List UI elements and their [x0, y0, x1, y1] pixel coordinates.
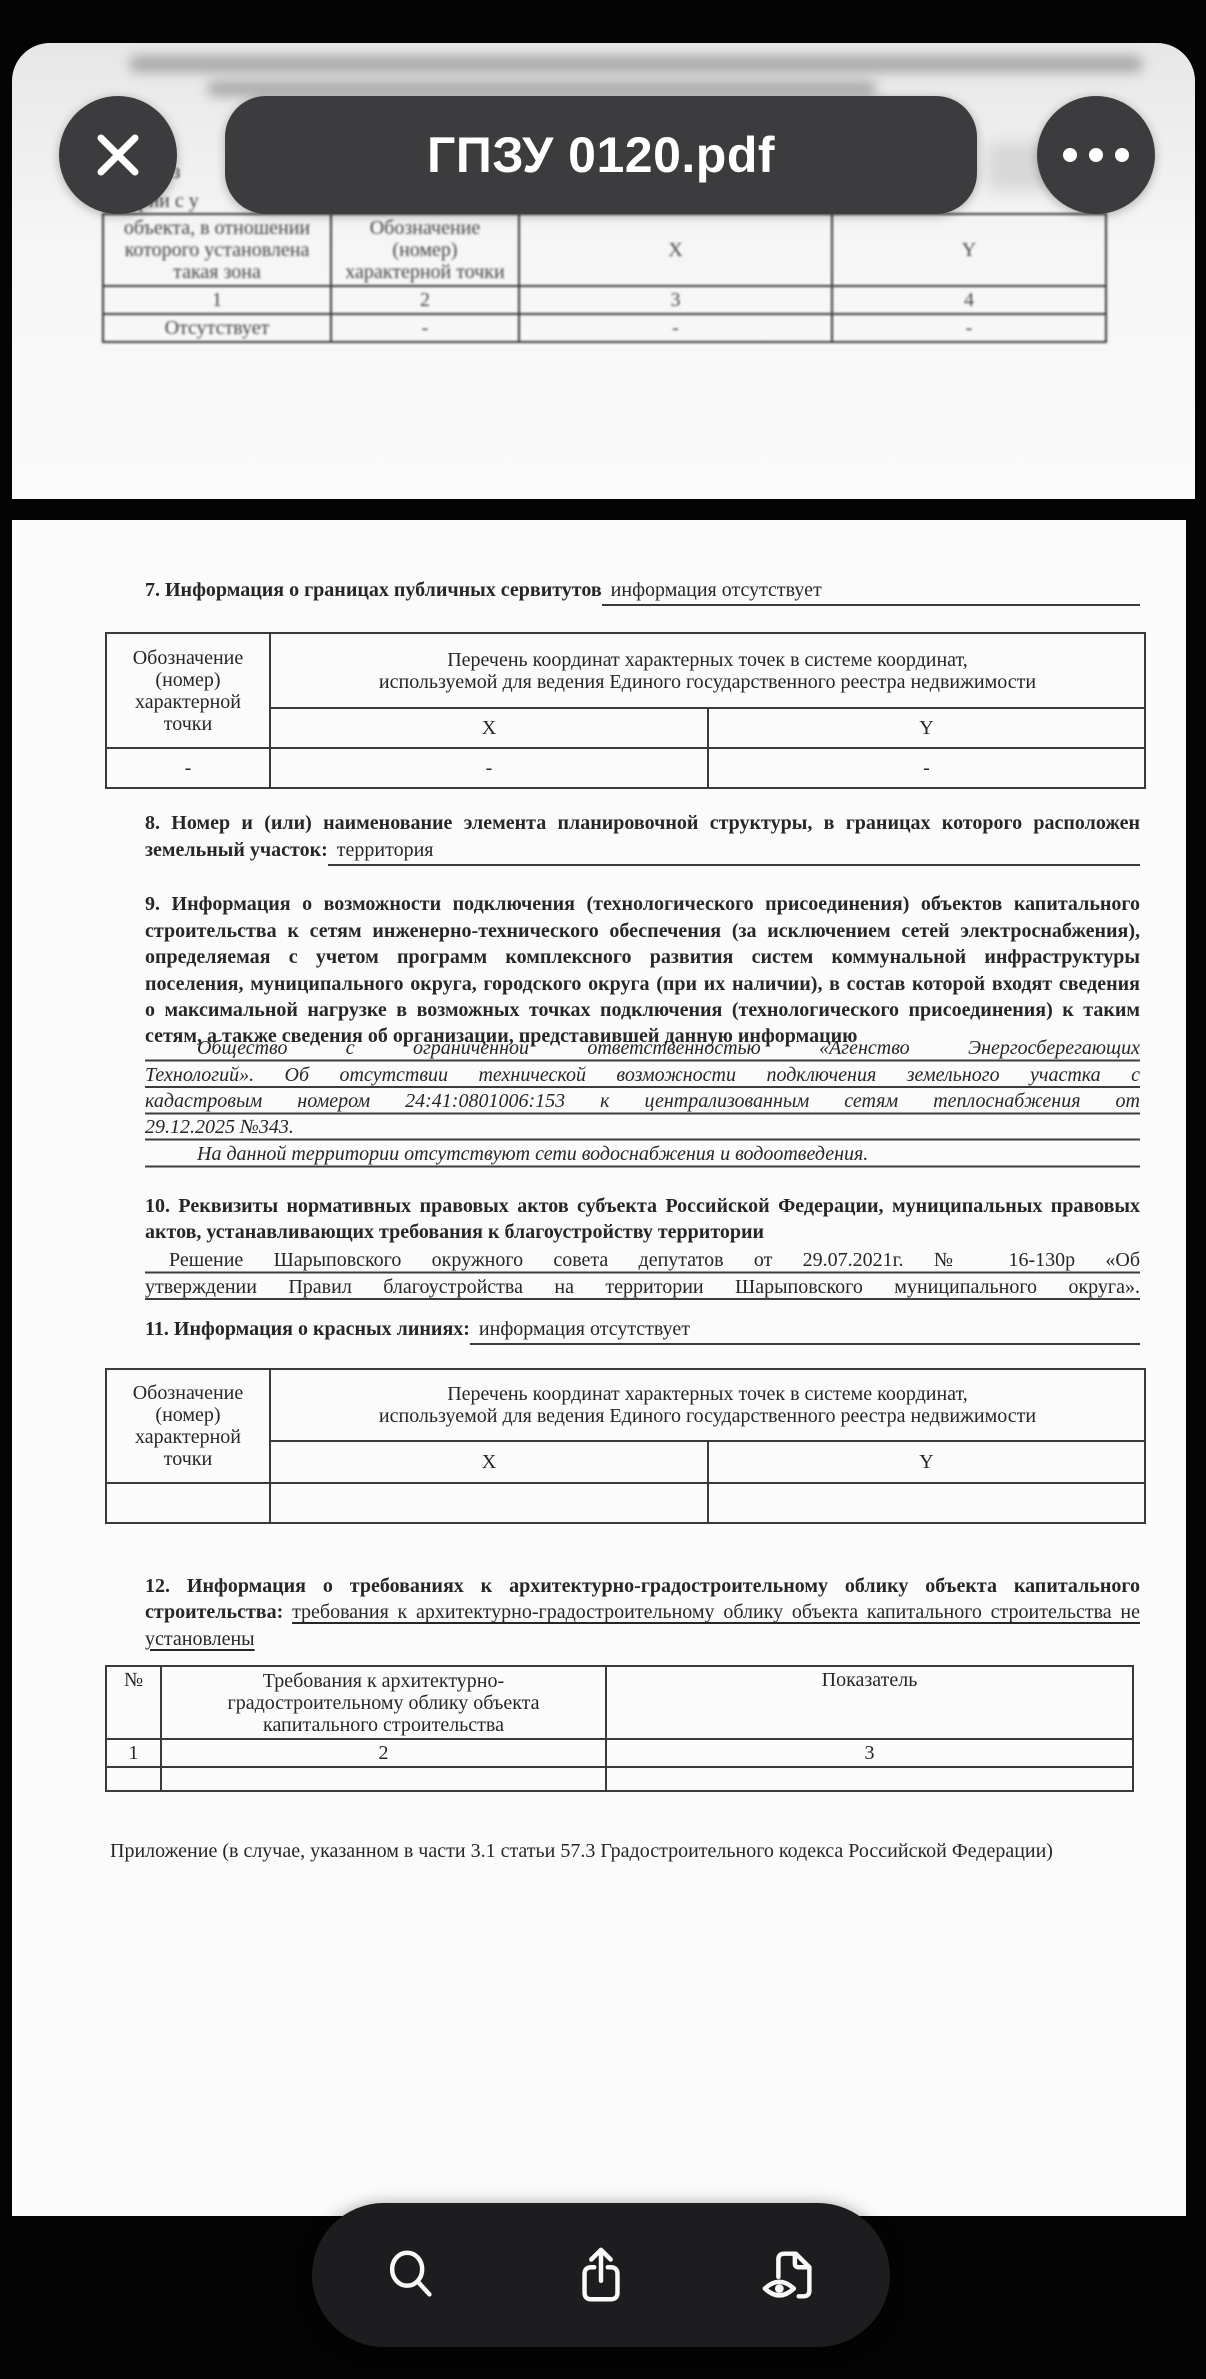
- table-cell: 2: [331, 286, 519, 314]
- servitude-coordinates-table: Обозначение (номер) характерной точки Пе…: [105, 632, 1146, 789]
- table-header-cell: Y: [708, 1441, 1145, 1483]
- bottom-toolbar: [312, 2203, 890, 2347]
- table-cell: [106, 1483, 270, 1523]
- section-12-label: строительства:: [145, 1601, 283, 1623]
- table-header-cell: Требования к архитектурно- градостроител…: [161, 1666, 606, 1739]
- section-11-label: 11. Информация о красных линиях:: [145, 1316, 470, 1343]
- table-header-cell: Обозначение (номер) характерной точки: [106, 633, 270, 748]
- table-cell: -: [519, 314, 832, 342]
- architectural-requirements-table: № Требования к архитектурно- градостроит…: [105, 1665, 1134, 1792]
- utility-connection-note: Общество с ограниченной ответственностью…: [145, 1035, 1140, 1115]
- table-cell: 1: [103, 286, 331, 314]
- table-cell: 2: [161, 1739, 606, 1767]
- table-header-cell: Перечень координат характерных точек в с…: [270, 1369, 1145, 1441]
- table-header-cell: X: [519, 214, 832, 286]
- table-cell: Отсутствует: [103, 314, 331, 342]
- section-7-label: 7. Информация о границах публичных серви…: [145, 577, 602, 604]
- close-button[interactable]: [59, 96, 177, 214]
- document-title-pill[interactable]: ГПЗУ 0120.pdf: [225, 96, 977, 214]
- section-8-line2: земельный участок: территория: [145, 837, 1140, 866]
- section-11-value: информация отсутствует: [470, 1316, 1140, 1345]
- table-header-cell: Y: [708, 708, 1145, 748]
- table-cell: [106, 1767, 161, 1791]
- table-cell: [606, 1767, 1133, 1791]
- table-header-cell: Показатель: [606, 1666, 1133, 1739]
- section-7-heading: 7. Информация о границах публичных серви…: [145, 577, 1140, 606]
- table-cell: -: [708, 748, 1145, 788]
- document-preview-button[interactable]: [742, 2220, 838, 2330]
- section-12-body: строительства: требования к архитектурно…: [145, 1599, 1140, 1652]
- document-title: ГПЗУ 0120.pdf: [427, 126, 775, 184]
- section-10-line1: 10. Реквизиты нормативных правовых актов…: [145, 1193, 1140, 1220]
- section-8-line1: 8. Номер и (или) наименование элемента п…: [145, 810, 1140, 837]
- table-cell: 4: [832, 286, 1106, 314]
- section-9-paragraph: 9. Информация о возможности подключения …: [145, 891, 1140, 1024]
- more-options-button[interactable]: [1037, 96, 1155, 214]
- table-header-cell: Y: [832, 214, 1106, 286]
- section-8-label: земельный участок:: [145, 837, 328, 864]
- table-cell: 3: [519, 286, 832, 314]
- document-eye-icon: [759, 2244, 821, 2306]
- section-11-heading: 11. Информация о красных линиях: информа…: [145, 1316, 1140, 1345]
- close-icon: [92, 129, 144, 181]
- search-button[interactable]: [364, 2220, 460, 2330]
- table-cell: -: [106, 748, 270, 788]
- share-button[interactable]: [553, 2220, 649, 2330]
- table-cell: -: [832, 314, 1106, 342]
- section-12-value: требования к архитектурно-градостроитель…: [145, 1601, 1140, 1650]
- table-cell: 3: [606, 1739, 1133, 1767]
- table-cell: [161, 1767, 606, 1791]
- red-lines-coordinates-table: Обозначение (номер) характерной точки Пе…: [105, 1368, 1146, 1524]
- table-header-cell: объекта, в отношении которого установлен…: [103, 214, 331, 286]
- zone-coordinates-table: объекта, в отношении которого установлен…: [102, 213, 1107, 343]
- pdf-viewer-screen: польз тории с у объекта, в отношении кот…: [0, 0, 1206, 2379]
- appendix-note: Приложение (в случае, указанном в части …: [110, 1838, 1126, 1865]
- table-cell: -: [270, 748, 708, 788]
- table-header-cell: X: [270, 1441, 708, 1483]
- table-header-cell: X: [270, 708, 708, 748]
- water-networks-note: На данной территории отсутствуют сети во…: [145, 1141, 1140, 1168]
- blurred-text-line: [208, 81, 876, 96]
- table-header-cell: №: [106, 1666, 161, 1739]
- table-header-cell: Перечень координат характерных точек в с…: [270, 633, 1145, 708]
- share-icon: [570, 2244, 632, 2306]
- ellipsis-icon: [1058, 145, 1134, 165]
- section-12-line1: 12. Информация о требованиях к архитекту…: [145, 1573, 1140, 1600]
- blurred-text-line: [130, 56, 1142, 72]
- utility-connection-note-date: 29.12.2025 №343.: [145, 1114, 1140, 1141]
- improvement-rules-reference: Решение Шарыповского окружного совета де…: [145, 1247, 1140, 1300]
- section-7-value: информация отсутствует: [602, 577, 1140, 606]
- section-8-value: территория: [328, 837, 1140, 866]
- table-cell: -: [331, 314, 519, 342]
- table-header-cell: Обозначение (номер) характерной точки: [106, 1369, 270, 1483]
- table-cell: 1: [106, 1739, 161, 1767]
- search-icon: [381, 2244, 443, 2306]
- table-cell: [708, 1483, 1145, 1523]
- section-10-line2: актов, устанавливающих требования к благ…: [145, 1219, 1140, 1246]
- table-cell: [270, 1483, 708, 1523]
- pdf-page-current[interactable]: 7. Информация о границах публичных серви…: [12, 520, 1186, 2216]
- table-header-cell: Обозначение (номер) характерной точки: [331, 214, 519, 286]
